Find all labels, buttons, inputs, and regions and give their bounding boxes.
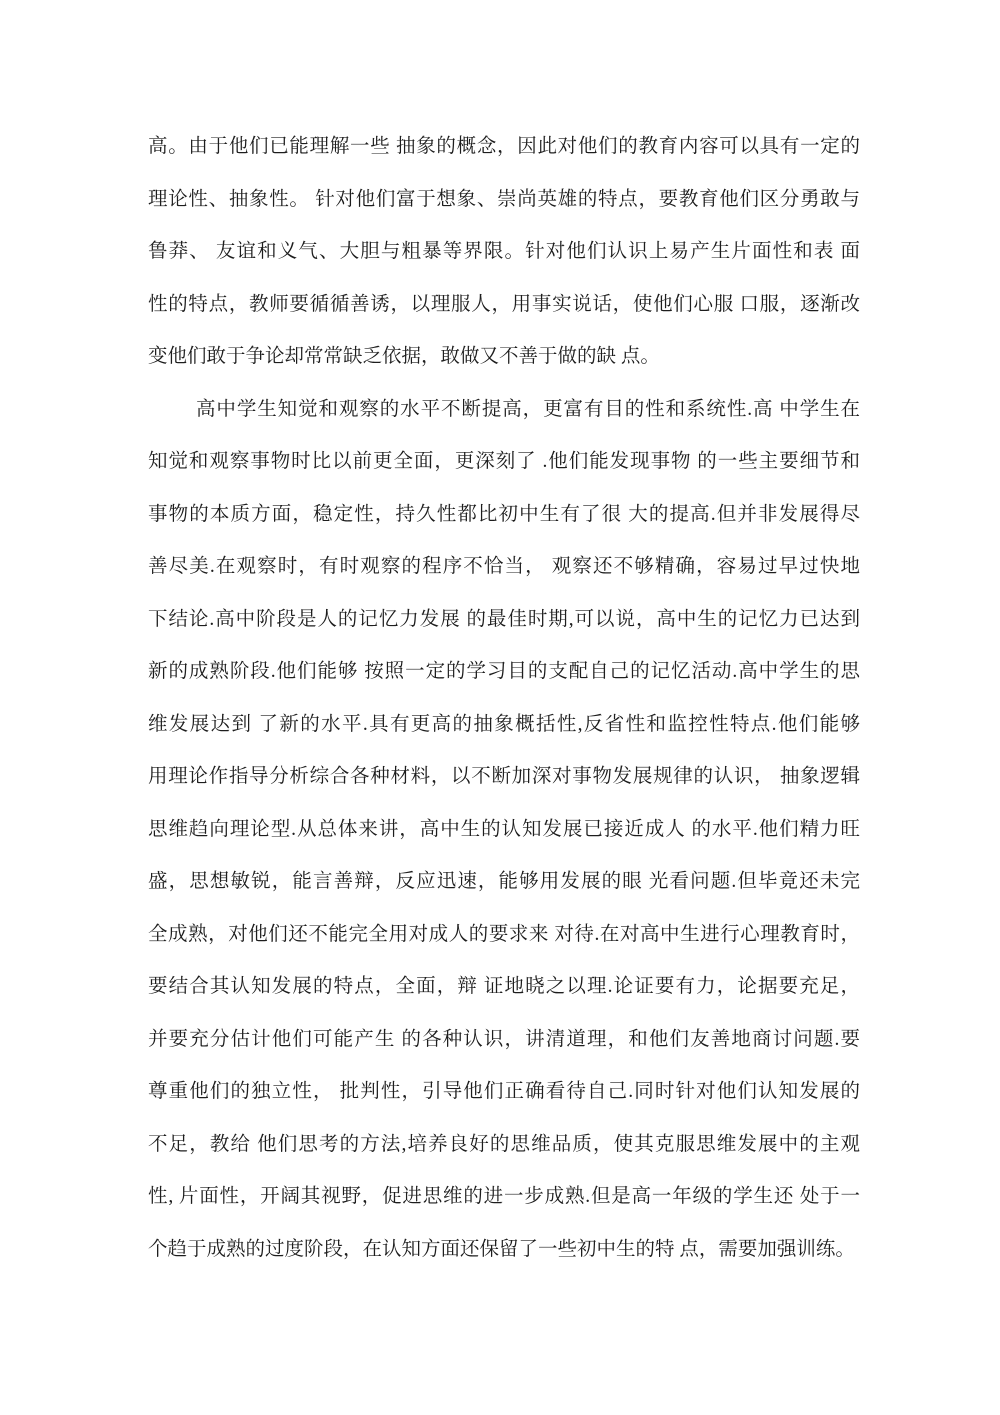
paragraph: 高。由于他们已能理解一些 抽象的概念，因此对他们的教育内容可以具有一定的 理论性…: [148, 121, 860, 384]
paragraph: 高中学生知觉和观察的水平不断提高，更富有目的性和系统性.高 中学生在 知觉和观察…: [148, 384, 860, 1277]
text-line: 不足，教给 他们思考的方法,培养良好的思维品质，使其克服思维发展中的主观: [148, 1119, 860, 1172]
text-line: 高中学生知觉和观察的水平不断提高，更富有目的性和系统性.高 中学生在: [148, 384, 860, 437]
text-line: 变他们敢于争论却常常缺乏依据，敢做又不善于做的缺 点。: [148, 331, 860, 384]
text-line: 下结论.高中阶段是人的记忆力发展 的最佳时期,可以说，高中生的记忆力已达到: [148, 594, 860, 647]
text-line: 事物的本质方面，稳定性，持久性都比初中生有了很 大的提高.但并非发展得尽: [148, 489, 860, 542]
text-line: 个趋于成熟的过度阶段，在认知方面还保留了一些初中生的特 点，需要加强训练。: [148, 1224, 860, 1277]
text-line: 要结合其认知发展的特点，全面，辩 证地晓之以理.论证要有力，论据要充足，: [148, 961, 860, 1014]
text-line: 用理论作指导分析综合各种材料，以不断加深对事物发展规律的认识， 抽象逻辑: [148, 751, 860, 804]
text-line: 高。由于他们已能理解一些 抽象的概念，因此对他们的教育内容可以具有一定的: [148, 121, 860, 174]
text-line: 并要充分估计他们可能产生 的各种认识，讲清道理，和他们友善地商讨问题.要: [148, 1014, 860, 1067]
text-line: 盛，思想敏锐，能言善辩，反应迅速，能够用发展的眼 光看问题.但毕竟还未完: [148, 856, 860, 909]
text-line: 知觉和观察事物时比以前更全面，更深刻了 .他们能发现事物 的一些主要细节和: [148, 436, 860, 489]
text-line: 思维趋向理论型.从总体来讲，高中生的认知发展已接近成人 的水平.他们精力旺: [148, 804, 860, 857]
text-line: 性, 片面性，开阔其视野，促进思维的进一步成熟.但是高一年级的学生还 处于一: [148, 1171, 860, 1224]
text-line: 性的特点，教师要循循善诱，以理服人，用事实说话，使他们心服 口服，逐渐改: [148, 279, 860, 332]
text-line: 鲁莽、 友谊和义气、大胆与粗暴等界限。针对他们认识上易产生片面性和表 面: [148, 226, 860, 279]
text-line: 理论性、抽象性。 针对他们富于想象、崇尚英雄的特点，要教育他们区分勇敢与: [148, 174, 860, 227]
document-page: 高。由于他们已能理解一些 抽象的概念，因此对他们的教育内容可以具有一定的 理论性…: [0, 0, 1000, 1415]
text-line: 尊重他们的独立性， 批判性，引导他们正确看待自己.同时针对他们认知发展的: [148, 1066, 860, 1119]
text-line: 善尽美.在观察时，有时观察的程序不恰当， 观察还不够精确，容易过早过快地: [148, 541, 860, 594]
text-line: 全成熟，对他们还不能完全用对成人的要求来 对待.在对高中生进行心理教育时，: [148, 909, 860, 962]
text-column: 高。由于他们已能理解一些 抽象的概念，因此对他们的教育内容可以具有一定的 理论性…: [148, 121, 860, 1276]
text-line: 维发展达到 了新的水平.具有更高的抽象概括性,反省性和监控性特点.他们能够: [148, 699, 860, 752]
text-line: 新的成熟阶段.他们能够 按照一定的学习目的支配自己的记忆活动.高中学生的思: [148, 646, 860, 699]
